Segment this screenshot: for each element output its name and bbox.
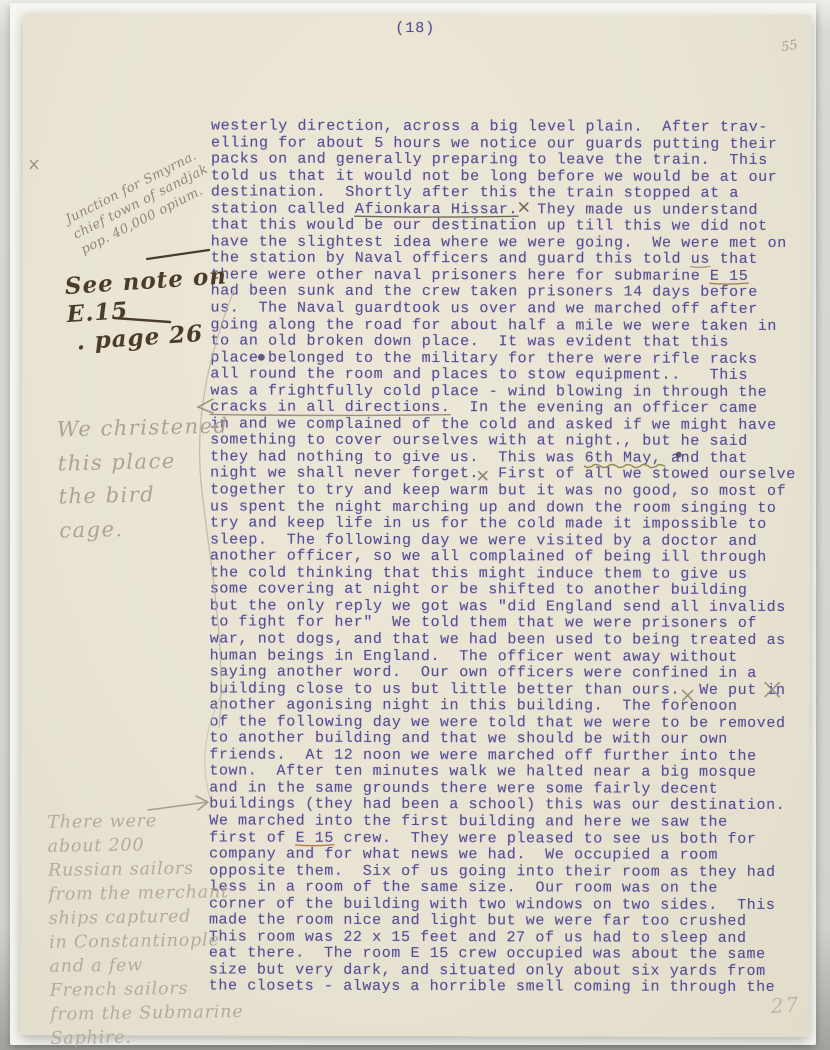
note-line: and a few xyxy=(49,952,254,979)
note-line: Saphire. xyxy=(50,1024,255,1050)
note-line: Russian sailors xyxy=(48,856,253,883)
diary-page: (18) 55 27 westerly direction, across a … xyxy=(21,13,812,1037)
note-line: French sailors xyxy=(50,976,255,1003)
note-line: There were xyxy=(47,808,252,835)
note-line: in Constantinople xyxy=(49,928,254,955)
typed-text-block: westerly direction, across a big level p… xyxy=(209,118,823,1010)
note-line: We christened xyxy=(57,409,248,447)
margin-note-russian-sailors: There wereabout 200Russian sailorsfrom t… xyxy=(47,808,256,1050)
note-line: the bird xyxy=(58,476,249,514)
note-line: this place xyxy=(57,443,248,481)
typed-line: the closets - always a horrible smell co… xyxy=(209,979,821,997)
page-number: (18) xyxy=(395,20,435,37)
note-line: about 200 xyxy=(48,832,253,859)
note-line: from the merchant xyxy=(48,880,253,907)
note-line: ships captured xyxy=(49,904,254,931)
pencil-folio-top: 55 xyxy=(780,38,799,56)
note-line: from the Submarine xyxy=(50,1000,255,1027)
margin-note-see-e15: See note on E.15. page 26 xyxy=(64,258,299,357)
margin-note-birdcage: We christenedthis placethe birdcage. xyxy=(57,409,250,547)
note-line: cage. xyxy=(59,510,250,548)
